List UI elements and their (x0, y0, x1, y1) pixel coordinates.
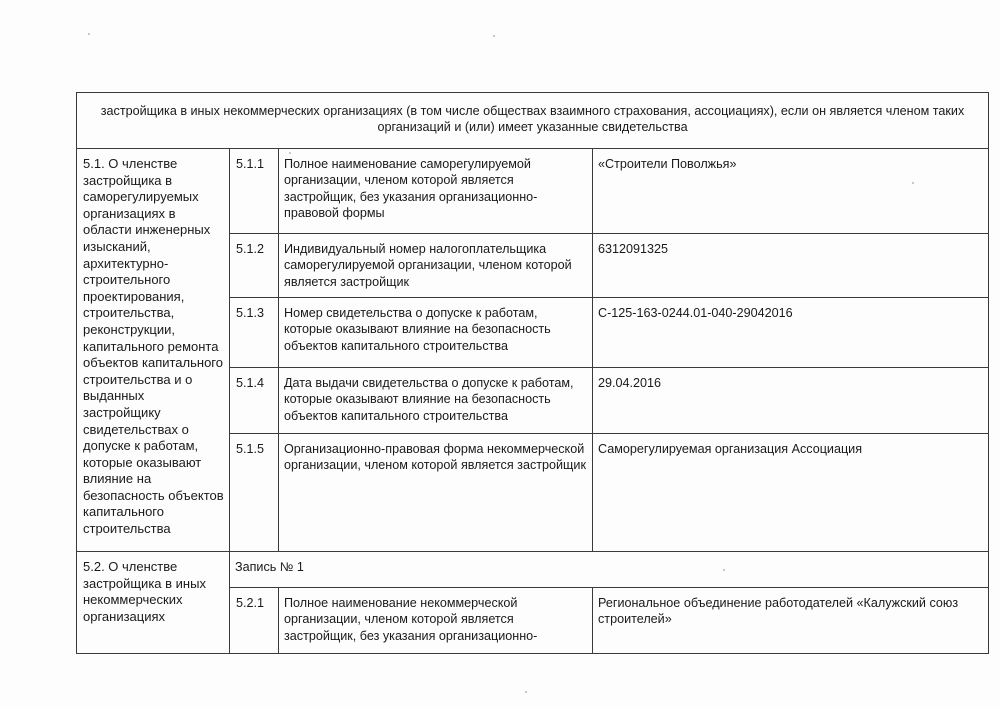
row-description: Номер свидетельства о допуске к работам,… (279, 298, 593, 368)
row-description: Дата выдачи свидетельства о допуске к ра… (279, 368, 593, 434)
section-5-2-title: 5.2. О членстве застройщика в иных неком… (77, 552, 230, 654)
row-number: 5.1.5 (230, 434, 279, 552)
scan-speck (88, 33, 90, 35)
scanned-page: застройщика в иных некоммерческих органи… (0, 0, 1000, 708)
record-label: Запись № 1 (230, 552, 989, 588)
record-header-row: 5.2. О членстве застройщика в иных неком… (77, 552, 989, 588)
row-description: Индивидуальный номер налогоплательщика с… (279, 234, 593, 298)
section-5-1-title: 5.1. О членстве застройщика в саморегули… (77, 149, 230, 552)
table-header-text: застройщика в иных некоммерческих органи… (77, 93, 989, 149)
row-value: 29.04.2016 (593, 368, 989, 434)
row-value: С-125-163-0244.01-040-29042016 (593, 298, 989, 368)
row-description: Полное наименование некоммерческой орган… (279, 588, 593, 654)
row-number: 5.1.3 (230, 298, 279, 368)
row-description: Полное наименование саморегулируемой орг… (279, 149, 593, 234)
table-row: 5.1. О членстве застройщика в саморегули… (77, 149, 989, 234)
row-value: Региональное объединение работодателей «… (593, 588, 989, 654)
row-value: Саморегулируемая организация Ассоциация (593, 434, 989, 552)
scan-speck (525, 691, 527, 693)
row-number: 5.2.1 (230, 588, 279, 654)
row-value: «Строители Поволжья» (593, 149, 989, 234)
row-description: Организационно-правовая форма некоммерче… (279, 434, 593, 552)
developer-membership-table: застройщика в иных некоммерческих органи… (76, 92, 989, 654)
row-number: 5.1.2 (230, 234, 279, 298)
table-header-row: застройщика в иных некоммерческих органи… (77, 93, 989, 149)
scan-speck (493, 35, 495, 37)
row-number: 5.1.1 (230, 149, 279, 234)
row-number: 5.1.4 (230, 368, 279, 434)
row-value: 6312091325 (593, 234, 989, 298)
